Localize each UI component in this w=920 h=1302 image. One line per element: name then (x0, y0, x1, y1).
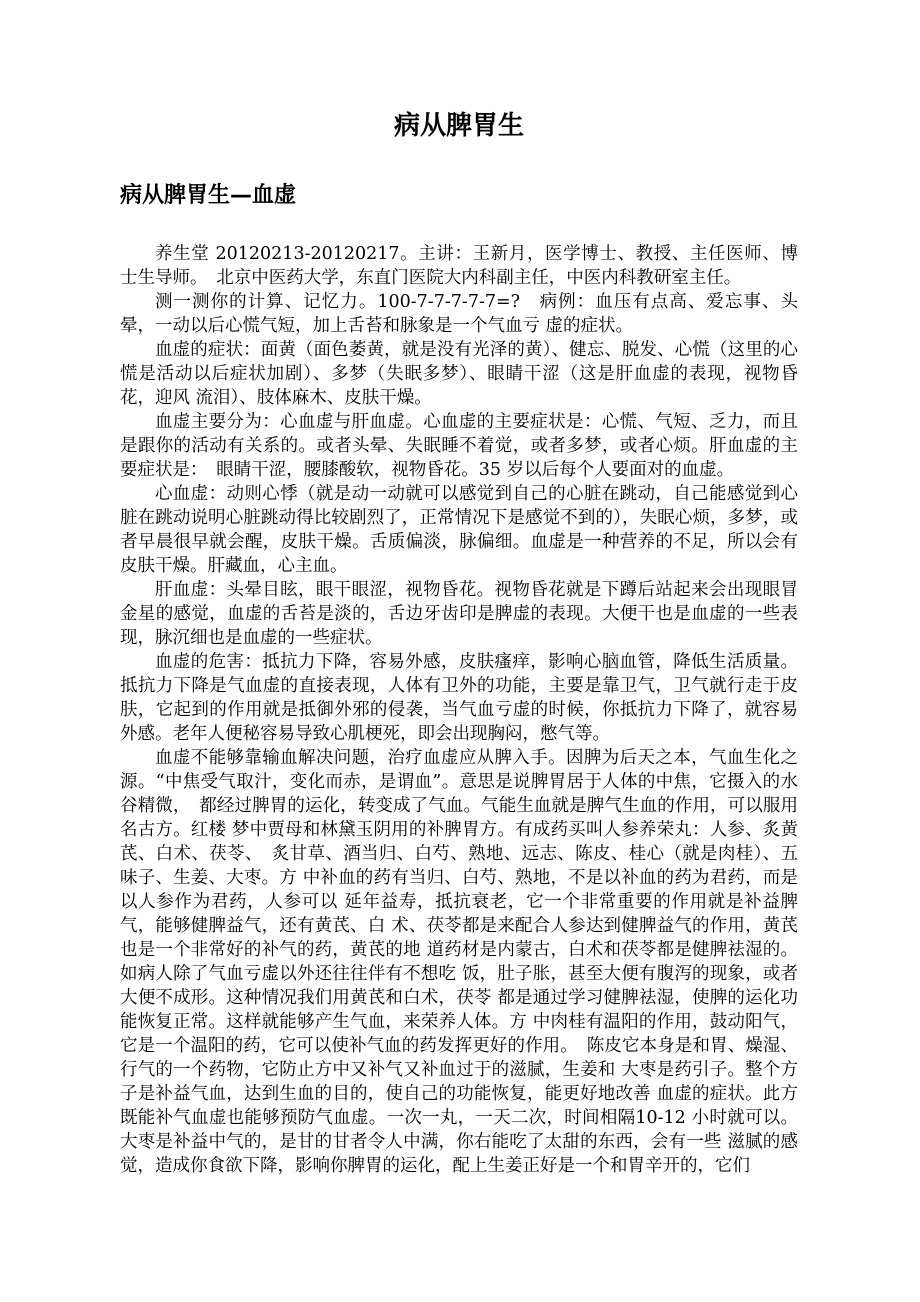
document-body: 养生堂 20120213-20120217。主讲：王新月，医学博士、教授、主任医… (120, 242, 798, 1178)
paragraph-test-case: 测一测你的计算、记忆力。100-7-7-7-7-7=? 病例：血压有点高、爱忘事… (120, 290, 798, 338)
paragraph-lecture-info: 养生堂 20120213-20120217。主讲：王新月，医学博士、教授、主任医… (120, 242, 798, 290)
paragraph-heart-blood-deficiency: 心血虚：动则心悸（就是动一动就可以感觉到自己的心脏在跳动，自己能感觉到心脏在跳动… (120, 482, 798, 578)
paragraph-liver-blood-deficiency: 肝血虚：头晕目眩，眼干眼涩，视物昏花。视物昏花就是下蹲后站起来会出现眼冒金星的感… (120, 578, 798, 650)
paragraph-treatment: 血虚不能够靠输血解决问题，治疗血虚应从脾入手。因脾为后天之本，气血生化之源。“中… (120, 746, 798, 1178)
section-heading: 病从脾胃生—血虚 (120, 184, 798, 208)
paragraph-hazards: 血虚的危害：抵抗力下降，容易外感，皮肤瘙痒，影响心脑血管，降低生活质量。抵抗力下… (120, 650, 798, 746)
document-page: 病从脾胃生 病从脾胃生—血虚 养生堂 20120213-20120217。主讲：… (0, 0, 920, 1302)
document-title: 病从脾胃生 (120, 112, 798, 140)
paragraph-types: 血虚主要分为：心血虚与肝血虚。心血虚的主要症状是：心慌、气短、乏力，而且是跟你的… (120, 410, 798, 482)
paragraph-symptoms: 血虚的症状：面黄（面色萎黄，就是没有光泽的黄）、健忘、脱发、心慌（这里的心慌是活… (120, 338, 798, 410)
